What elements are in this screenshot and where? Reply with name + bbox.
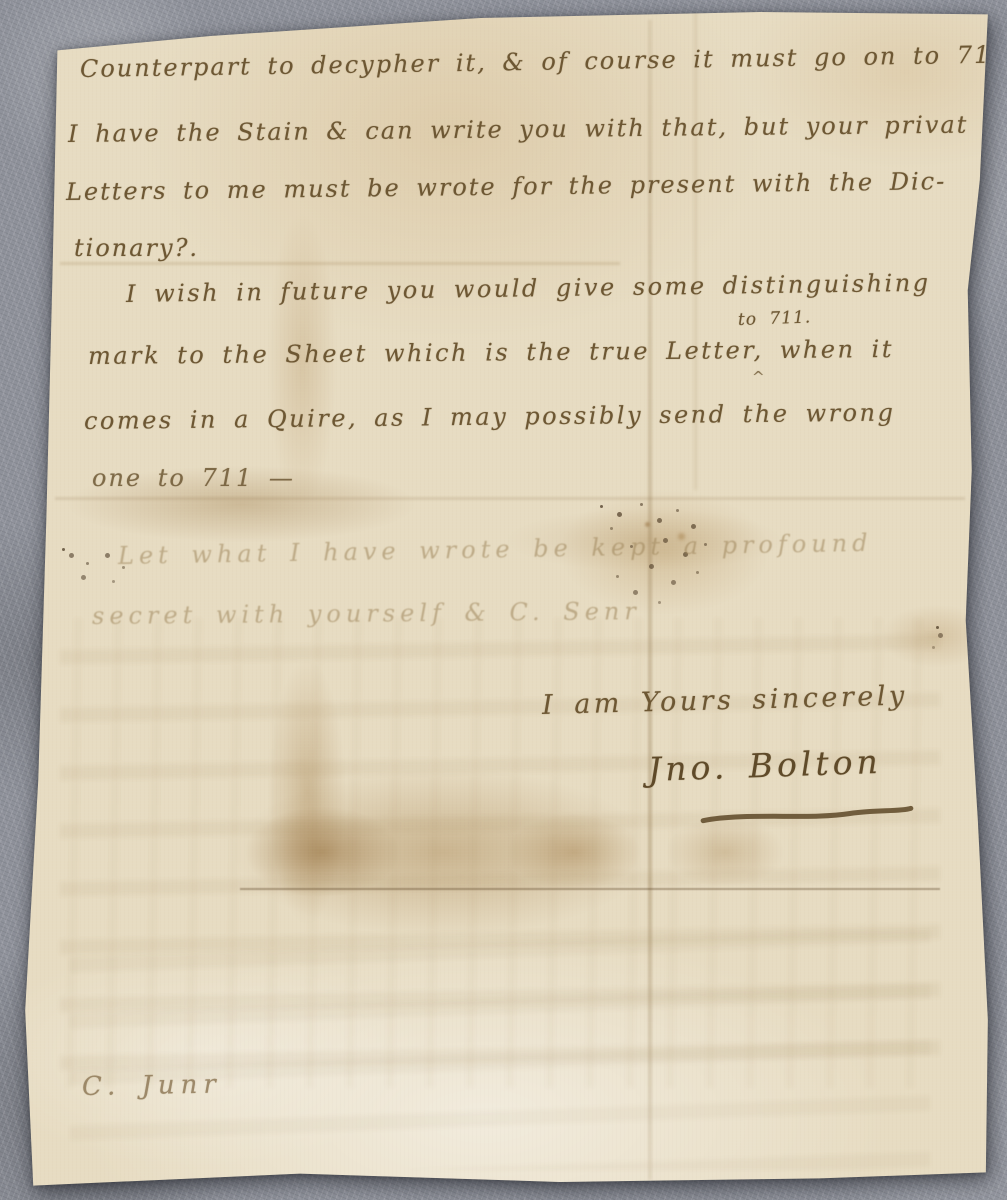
mold-speckle-right-edge — [936, 626, 939, 629]
ghost-text-showthrough-lower — [70, 930, 930, 1170]
mold-speckle-cluster-left — [62, 548, 65, 551]
letter-line-1: Counterpart to decypher it, & of course … — [80, 40, 1007, 83]
letter-line-2: I have the Stain & can write you with th… — [68, 111, 969, 148]
fold-crease-horizontal-upper — [60, 262, 620, 265]
signature: Jno. Bolton — [647, 742, 882, 789]
letter-paper: Counterpart to decypher it, & of course … — [0, 0, 1007, 1200]
letter-line-9-faded: Let what I have wrote be kept a profound — [118, 529, 873, 570]
mold-speckle-cluster-center — [600, 505, 603, 508]
letter-line-5: I wish in future you would give some dis… — [126, 269, 931, 308]
interlinear-insertion-note: to 711. — [738, 307, 812, 330]
caret-mark: ^ — [752, 368, 767, 386]
letter-line-7: comes in a Quire, as I may possibly send… — [84, 399, 896, 435]
letter-line-3: Letters to me must be wrote for the pres… — [66, 167, 947, 206]
photograph-of-letter: Counterpart to decypher it, & of course … — [0, 0, 1007, 1200]
fold-crease-horizontal-middle — [55, 497, 965, 500]
addressee-note: C. Junr — [82, 1070, 222, 1102]
letter-line-10-faded: secret with yourself & C. Senr — [92, 597, 641, 630]
letter-paper-wrap: Counterpart to decypher it, & of course … — [0, 0, 1007, 1200]
fold-crease-horizontal-lower — [240, 888, 940, 890]
letter-line-4: tionary?. — [74, 234, 199, 262]
letter-line-8: one to 711 — — [92, 464, 295, 492]
letter-line-6: mark to the Sheet which is the true Lett… — [88, 335, 894, 370]
